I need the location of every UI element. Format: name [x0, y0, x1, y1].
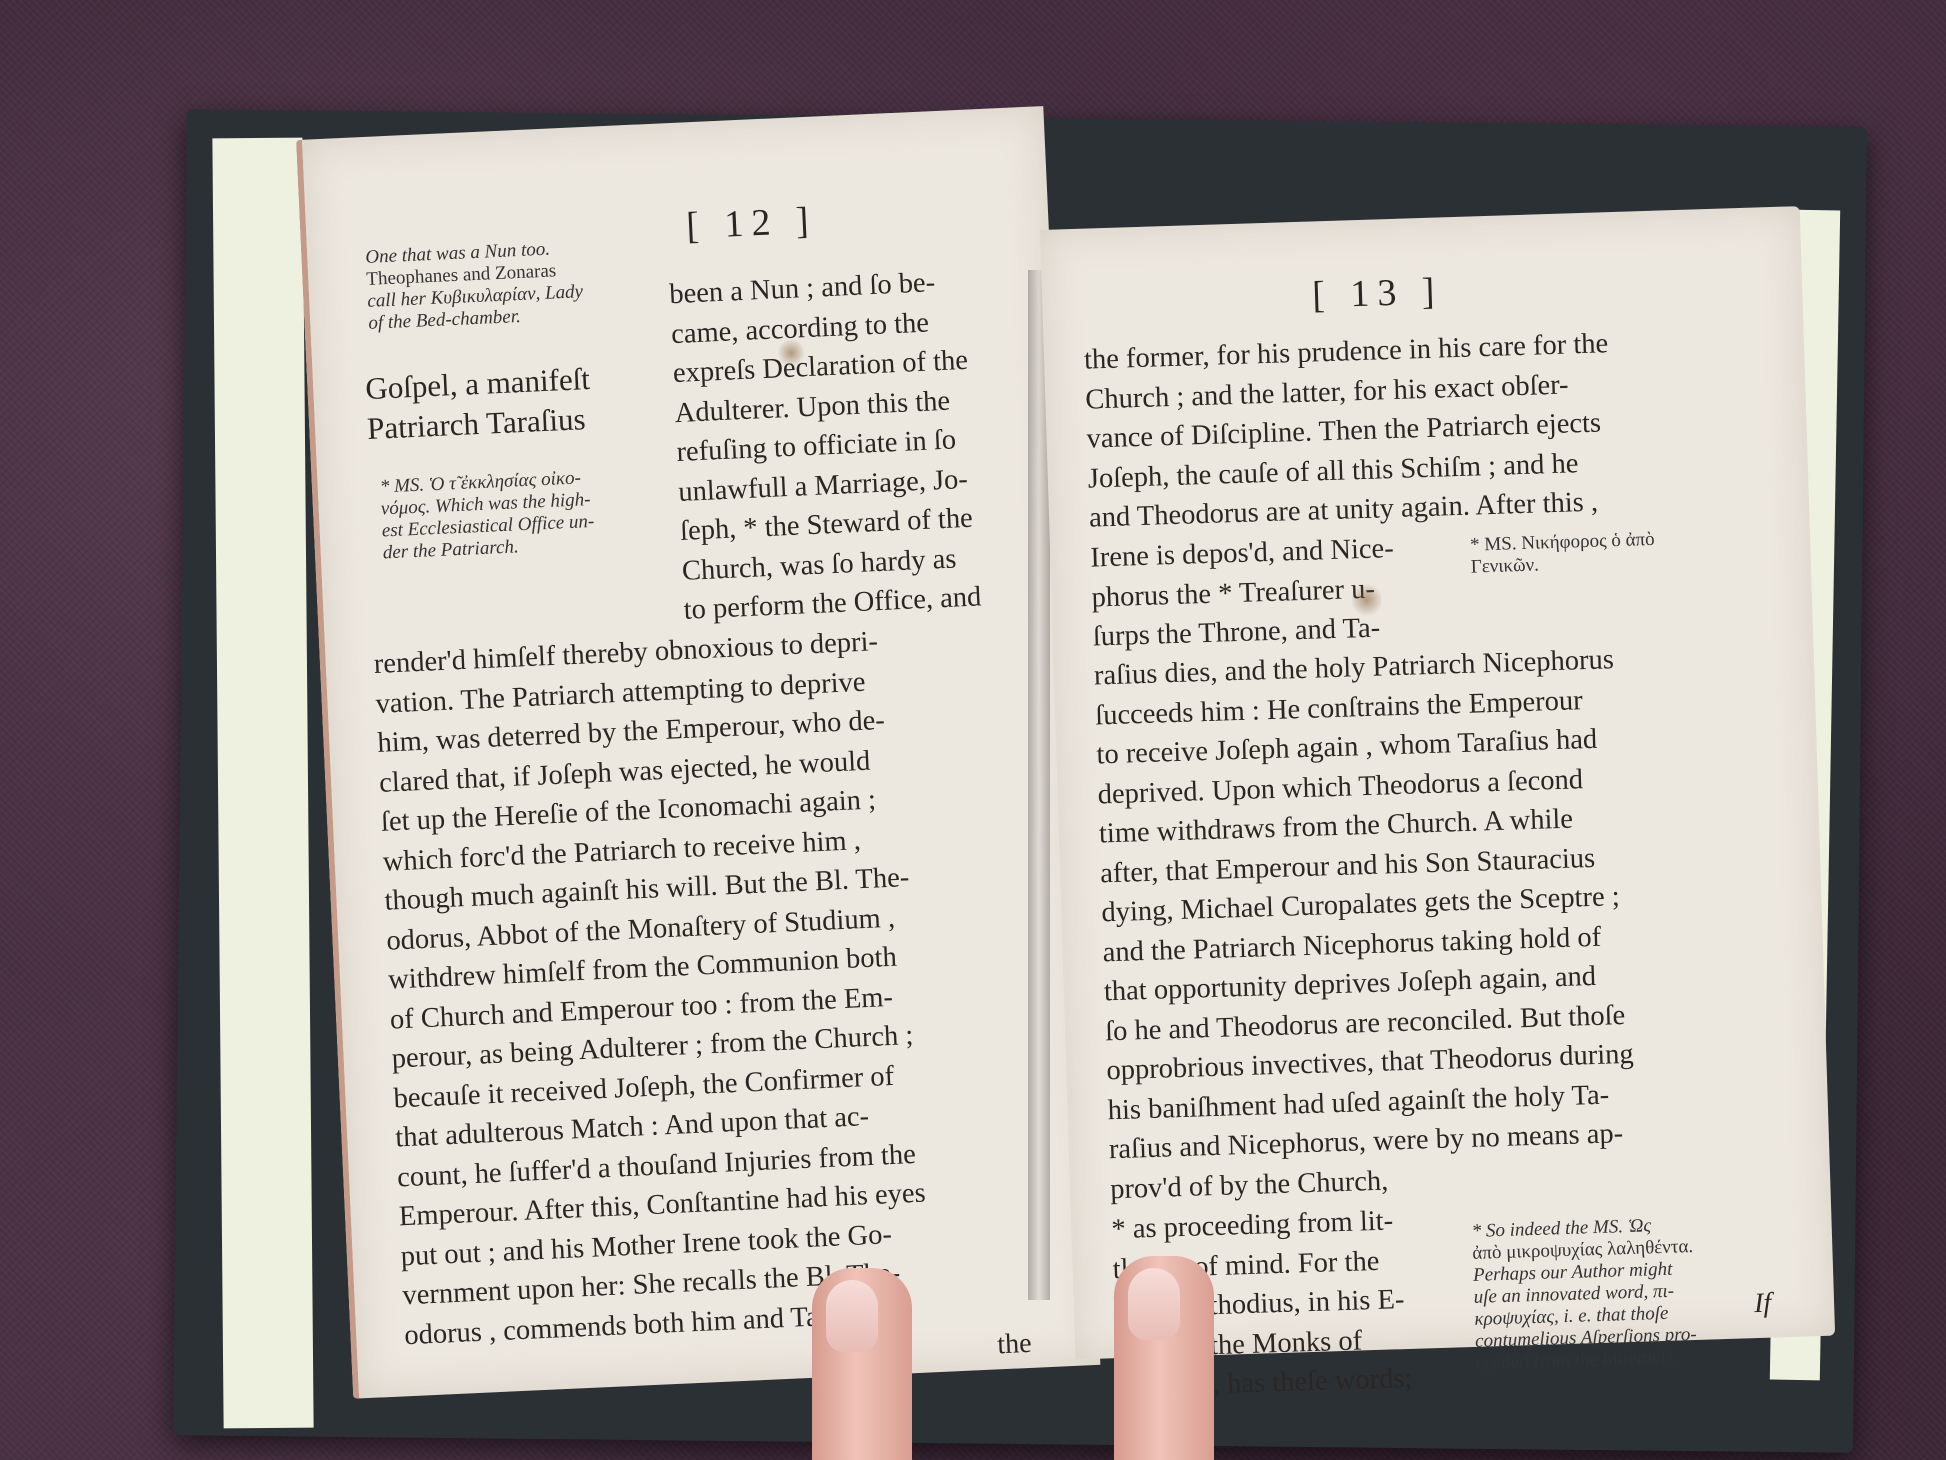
- catchword-left: the: [997, 1328, 1033, 1362]
- side-note-treasurer: * MS. Νικήφορος ὁ ἀπὸ Γενικῶν.: [1470, 525, 1771, 578]
- left-page: [ 12 ] One that was a Nun too. Theophane…: [296, 106, 1100, 1399]
- right-narrow-text: Irene is depos'd, and Nice- phorus the *…: [1090, 527, 1454, 657]
- page-number-right: [ 13 ]: [1312, 269, 1444, 317]
- left-finger: [812, 1268, 912, 1460]
- fingernail: [1128, 1268, 1180, 1340]
- catchword-right: If: [1754, 1288, 1772, 1321]
- left-body-text: render'd himſelf thereby obnoxious to de…: [373, 615, 1065, 1355]
- side-note-ms-bitterness: * So indeed the MS. Ὡς ἀπὸ μικροψυχίας λ…: [1471, 1211, 1796, 1375]
- left-margin-text: Goſpel, a manifeſt Patriarch Taraſius: [364, 356, 667, 449]
- side-note-steward: * MS. Ὁ τ̃ ἐκκλησίας οἰκο- νόμος. Which …: [379, 463, 673, 564]
- right-top-text: the former, for his prudence in his care…: [1083, 319, 1769, 538]
- left-column-text: been a Nun ; and ſo be- came, according …: [669, 260, 1025, 631]
- page-number-left: [ 12 ]: [685, 198, 817, 248]
- fingernail: [826, 1280, 878, 1352]
- right-page: [ 13 ] the former, for his prudence in h…: [1040, 206, 1835, 1359]
- right-finger: [1114, 1256, 1214, 1460]
- right-middle-text: raſius dies, and the holy Patriarch Nice…: [1093, 635, 1790, 1209]
- side-note-nun: One that was a Nun too. Theophanes and Z…: [365, 234, 659, 335]
- left-endpaper: [212, 138, 313, 1429]
